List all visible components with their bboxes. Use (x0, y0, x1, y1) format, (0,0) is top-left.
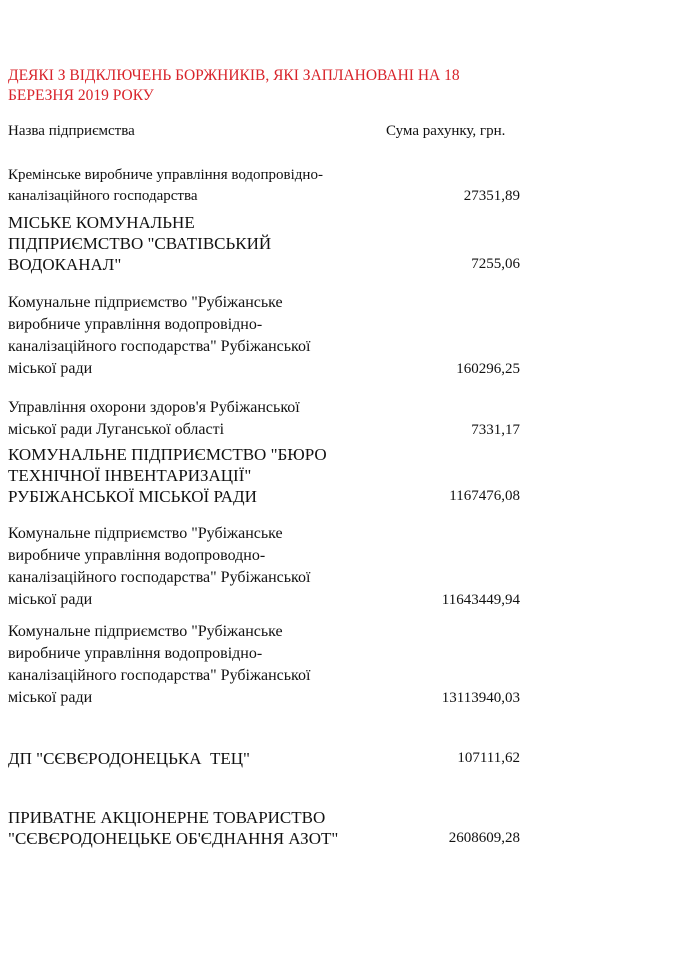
company-name: Управління охорони здоров'я Рубіжанської… (8, 397, 348, 441)
table-row: ПРИВАТНЕ АКЦІОНЕРНЕ ТОВАРИСТВО "СЄВЄРОДО… (8, 807, 520, 849)
table-row: Управління охорони здоров'я Рубіжанської… (8, 397, 520, 441)
amount-value: 160296,25 (456, 358, 520, 380)
amount-value: 2608609,28 (449, 828, 520, 849)
amount-value: 7331,17 (471, 419, 520, 441)
table-row: ДП "СЄВЄРОДОНЕЦЬКА ТЕЦ" 107111,62 (8, 748, 520, 769)
company-name: КОМУНАЛЬНЕ ПІДПРИЄМСТВО "БЮРО ТЕХНІЧНОЇ … (8, 444, 348, 507)
amount-value: 11643449,94 (442, 589, 520, 611)
company-name: Комунальне підприємство "Рубіжанське вир… (8, 621, 326, 709)
company-name: ПРИВАТНЕ АКЦІОНЕРНЕ ТОВАРИСТВО "СЄВЄРОДО… (8, 807, 343, 849)
table-row: Комунальне підприємство "Рубіжанське вир… (8, 523, 520, 611)
document-title: ДЕЯКІ З ВІДКЛЮЧЕНЬ БОРЖНИКІВ, ЯКІ ЗАПЛАН… (8, 66, 528, 106)
company-name: ДП "СЄВЄРОДОНЕЦЬКА ТЕЦ" (8, 748, 348, 769)
column-header-name: Назва підприємства (8, 121, 135, 141)
amount-value: 27351,89 (464, 186, 520, 207)
table-row: Кремінське виробниче управління водопров… (8, 165, 520, 207)
table-row: МІСЬКЕ КОМУНАЛЬНЕ ПІДПРИЄМСТВО "СВАТІВСЬ… (8, 212, 520, 275)
amount-value: 1167476,08 (449, 486, 520, 507)
table-row: Комунальне підприємство "Рубіжанське вир… (8, 621, 520, 709)
amount-value: 107111,62 (457, 748, 520, 769)
company-name: Комунальне підприємство "Рубіжанське вир… (8, 523, 326, 611)
amount-value: 13113940,03 (442, 687, 520, 709)
amount-value: 7255,06 (471, 254, 520, 275)
company-name: МІСЬКЕ КОМУНАЛЬНЕ ПІДПРИЄМСТВО "СВАТІВСЬ… (8, 212, 298, 275)
table-row: Комунальне підприємство "Рубіжанське вир… (8, 292, 520, 380)
column-header-amount: Сума рахунку, грн. (386, 121, 505, 141)
table-row: КОМУНАЛЬНЕ ПІДПРИЄМСТВО "БЮРО ТЕХНІЧНОЇ … (8, 444, 520, 507)
company-name: Кремінське виробниче управління водопров… (8, 165, 348, 207)
company-name: Комунальне підприємство "Рубіжанське вир… (8, 292, 326, 380)
